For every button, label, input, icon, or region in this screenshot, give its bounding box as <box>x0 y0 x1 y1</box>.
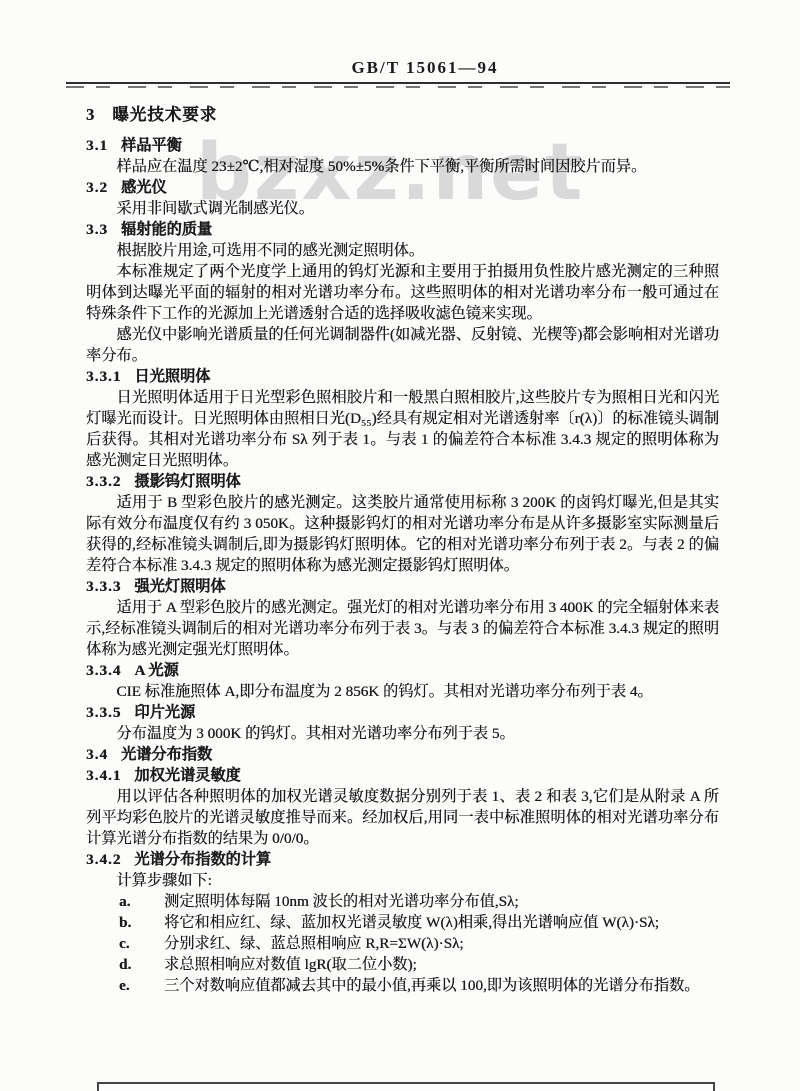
list-item-e: e.三个对数响应值都减去其中的最小值,再乘以 100,即为该照明体的光谱分布指数… <box>86 975 719 996</box>
section-number: 3.4 <box>86 746 108 763</box>
list-item-label: b. <box>119 912 131 933</box>
section-title: 日光照明体 <box>134 368 210 385</box>
section-number: 3 <box>86 105 95 124</box>
section-heading: 3.3.2摄影钨灯照明体 <box>86 471 719 492</box>
standard-number: GB/T 15061—94 <box>0 58 800 78</box>
list-item-label: e. <box>119 975 130 996</box>
paragraph: 适用于 A 型彩色胶片的感光测定。强光灯的相对光谱功率分布用 3 400K 的完… <box>86 597 719 660</box>
list-item-d: d.求总照相响应对数值 lgR(取二位小数); <box>86 954 719 975</box>
paragraph: 样品应在温度 23±2℃,相对湿度 50%±5%条件下平衡,平衡所需时间因胶片而… <box>86 156 719 177</box>
list-item-label: a. <box>119 891 130 912</box>
paragraph: 日光照明体适用于日光型彩色照相胶片和一般黑白照相胶片,这些胶片专为照相日光和闪光… <box>86 387 719 471</box>
paragraph: 本标准规定了两个光度学上通用的钨灯光源和主要用于拍摄用负性胶片感光测定的三种照明… <box>86 261 719 324</box>
section-title: 印片光源 <box>134 704 195 721</box>
section-heading: 3.4光谱分布指数 <box>86 744 719 765</box>
section-number: 3.3.2 <box>86 473 121 490</box>
header-rule-solid-line <box>66 82 730 84</box>
list-item-label: c. <box>119 933 130 954</box>
section-title: 辐射能的质量 <box>121 221 212 238</box>
paragraph: 用以评估各种照明体的加权光谱灵敏度数据分别列于表 1、表 2 和表 3,它们是从… <box>86 786 719 849</box>
paragraph: 采用非间歇式调光制感光仪。 <box>86 198 719 219</box>
section-title: 样品平衡 <box>121 137 182 154</box>
section-title: 摄影钨灯照明体 <box>134 473 240 490</box>
list-item-b: b.将它和相应红、绿、蓝加权光谱灵敏度 W(λ)相乘,得出光谱响应值 W(λ)·… <box>86 912 719 933</box>
document-body: 3曝光技术要求3.1样品平衡样品应在温度 23±2℃,相对湿度 50%±5%条件… <box>86 104 719 996</box>
section-number: 3.3.4 <box>86 662 121 679</box>
list-item-a: a.测定照明体每隔 10nm 波长的相对光谱功率分布值,Sλ; <box>86 891 719 912</box>
section-heading: 3.3.1日光照明体 <box>86 366 719 387</box>
list-item-text: 将它和相应红、绿、蓝加权光谱灵敏度 W(λ)相乘,得出光谱响应值 W(λ)·Sλ… <box>164 914 659 931</box>
section-number: 3.4.2 <box>86 851 121 868</box>
section-number: 3.3.1 <box>86 368 121 385</box>
paragraph: 根据胶片用途,可选用不同的感光测定照明体。 <box>86 240 719 261</box>
section-number: 3.3.5 <box>86 704 121 721</box>
header-rule <box>66 82 730 88</box>
section-title: 强光灯照明体 <box>134 578 225 595</box>
section-title: 光谱分布指数 <box>121 746 212 763</box>
section-number: 3.2 <box>86 179 108 196</box>
header-rule-dashed-line <box>66 86 730 88</box>
section-number: 3.3.3 <box>86 578 121 595</box>
paragraph: CIE 标准施照体 A,即分布温度为 2 856K 的钨灯。其相对光谱功率分布列… <box>86 681 719 702</box>
section-heading: 3.3.5印片光源 <box>86 702 719 723</box>
section-heading: 3.2感光仪 <box>86 177 719 198</box>
list-item-text: 三个对数响应值都减去其中的最小值,再乘以 100,即为该照明体的光谱分布指数。 <box>164 977 699 994</box>
list-item-c: c.分别求红、绿、蓝总照相响应 R,R=ΣW(λ)·Sλ; <box>86 933 719 954</box>
paragraph: 计算步骤如下: <box>86 870 719 891</box>
section-heading: 3.4.1加权光谱灵敏度 <box>86 765 719 786</box>
section-heading: 3.4.2光谱分布指数的计算 <box>86 849 719 870</box>
list-item-text: 分别求红、绿、蓝总照相响应 R,R=ΣW(λ)·Sλ; <box>164 935 464 952</box>
section-number: 3.1 <box>86 137 108 154</box>
document-page: bzxz.net GB/T 15061—94 3曝光技术要求3.1样品平衡样品应… <box>0 0 800 1091</box>
section-heading: 3.1样品平衡 <box>86 135 719 156</box>
section-title: 光谱分布指数的计算 <box>134 851 271 868</box>
section-title: A 光源 <box>134 662 178 679</box>
paragraph: 感光仪中影响光谱质量的任何光调制器件(如减光器、反射镜、光楔等)都会影响相对光谱… <box>86 324 719 366</box>
section-number: 3.3 <box>86 221 108 238</box>
list-item-label: d. <box>119 954 131 975</box>
section-title: 曝光技术要求 <box>112 105 217 124</box>
paragraph: 分布温度为 3 000K 的钨灯。其相对光谱功率分布列于表 5。 <box>86 723 719 744</box>
footer-box <box>97 1082 715 1091</box>
list-item-text: 测定照明体每隔 10nm 波长的相对光谱功率分布值,Sλ; <box>164 893 519 910</box>
chapter-heading: 3曝光技术要求 <box>86 104 719 126</box>
list-item-text: 求总照相响应对数值 lgR(取二位小数); <box>164 956 417 973</box>
paragraph: 适用于 B 型彩色胶片的感光测定。这类胶片通常使用标称 3 200K 的卤钨灯曝… <box>86 492 719 576</box>
section-heading: 3.3辐射能的质量 <box>86 219 719 240</box>
section-title: 感光仪 <box>121 179 167 196</box>
section-heading: 3.3.4A 光源 <box>86 660 719 681</box>
section-title: 加权光谱灵敏度 <box>134 767 240 784</box>
section-number: 3.4.1 <box>86 767 121 784</box>
section-heading: 3.3.3强光灯照明体 <box>86 576 719 597</box>
